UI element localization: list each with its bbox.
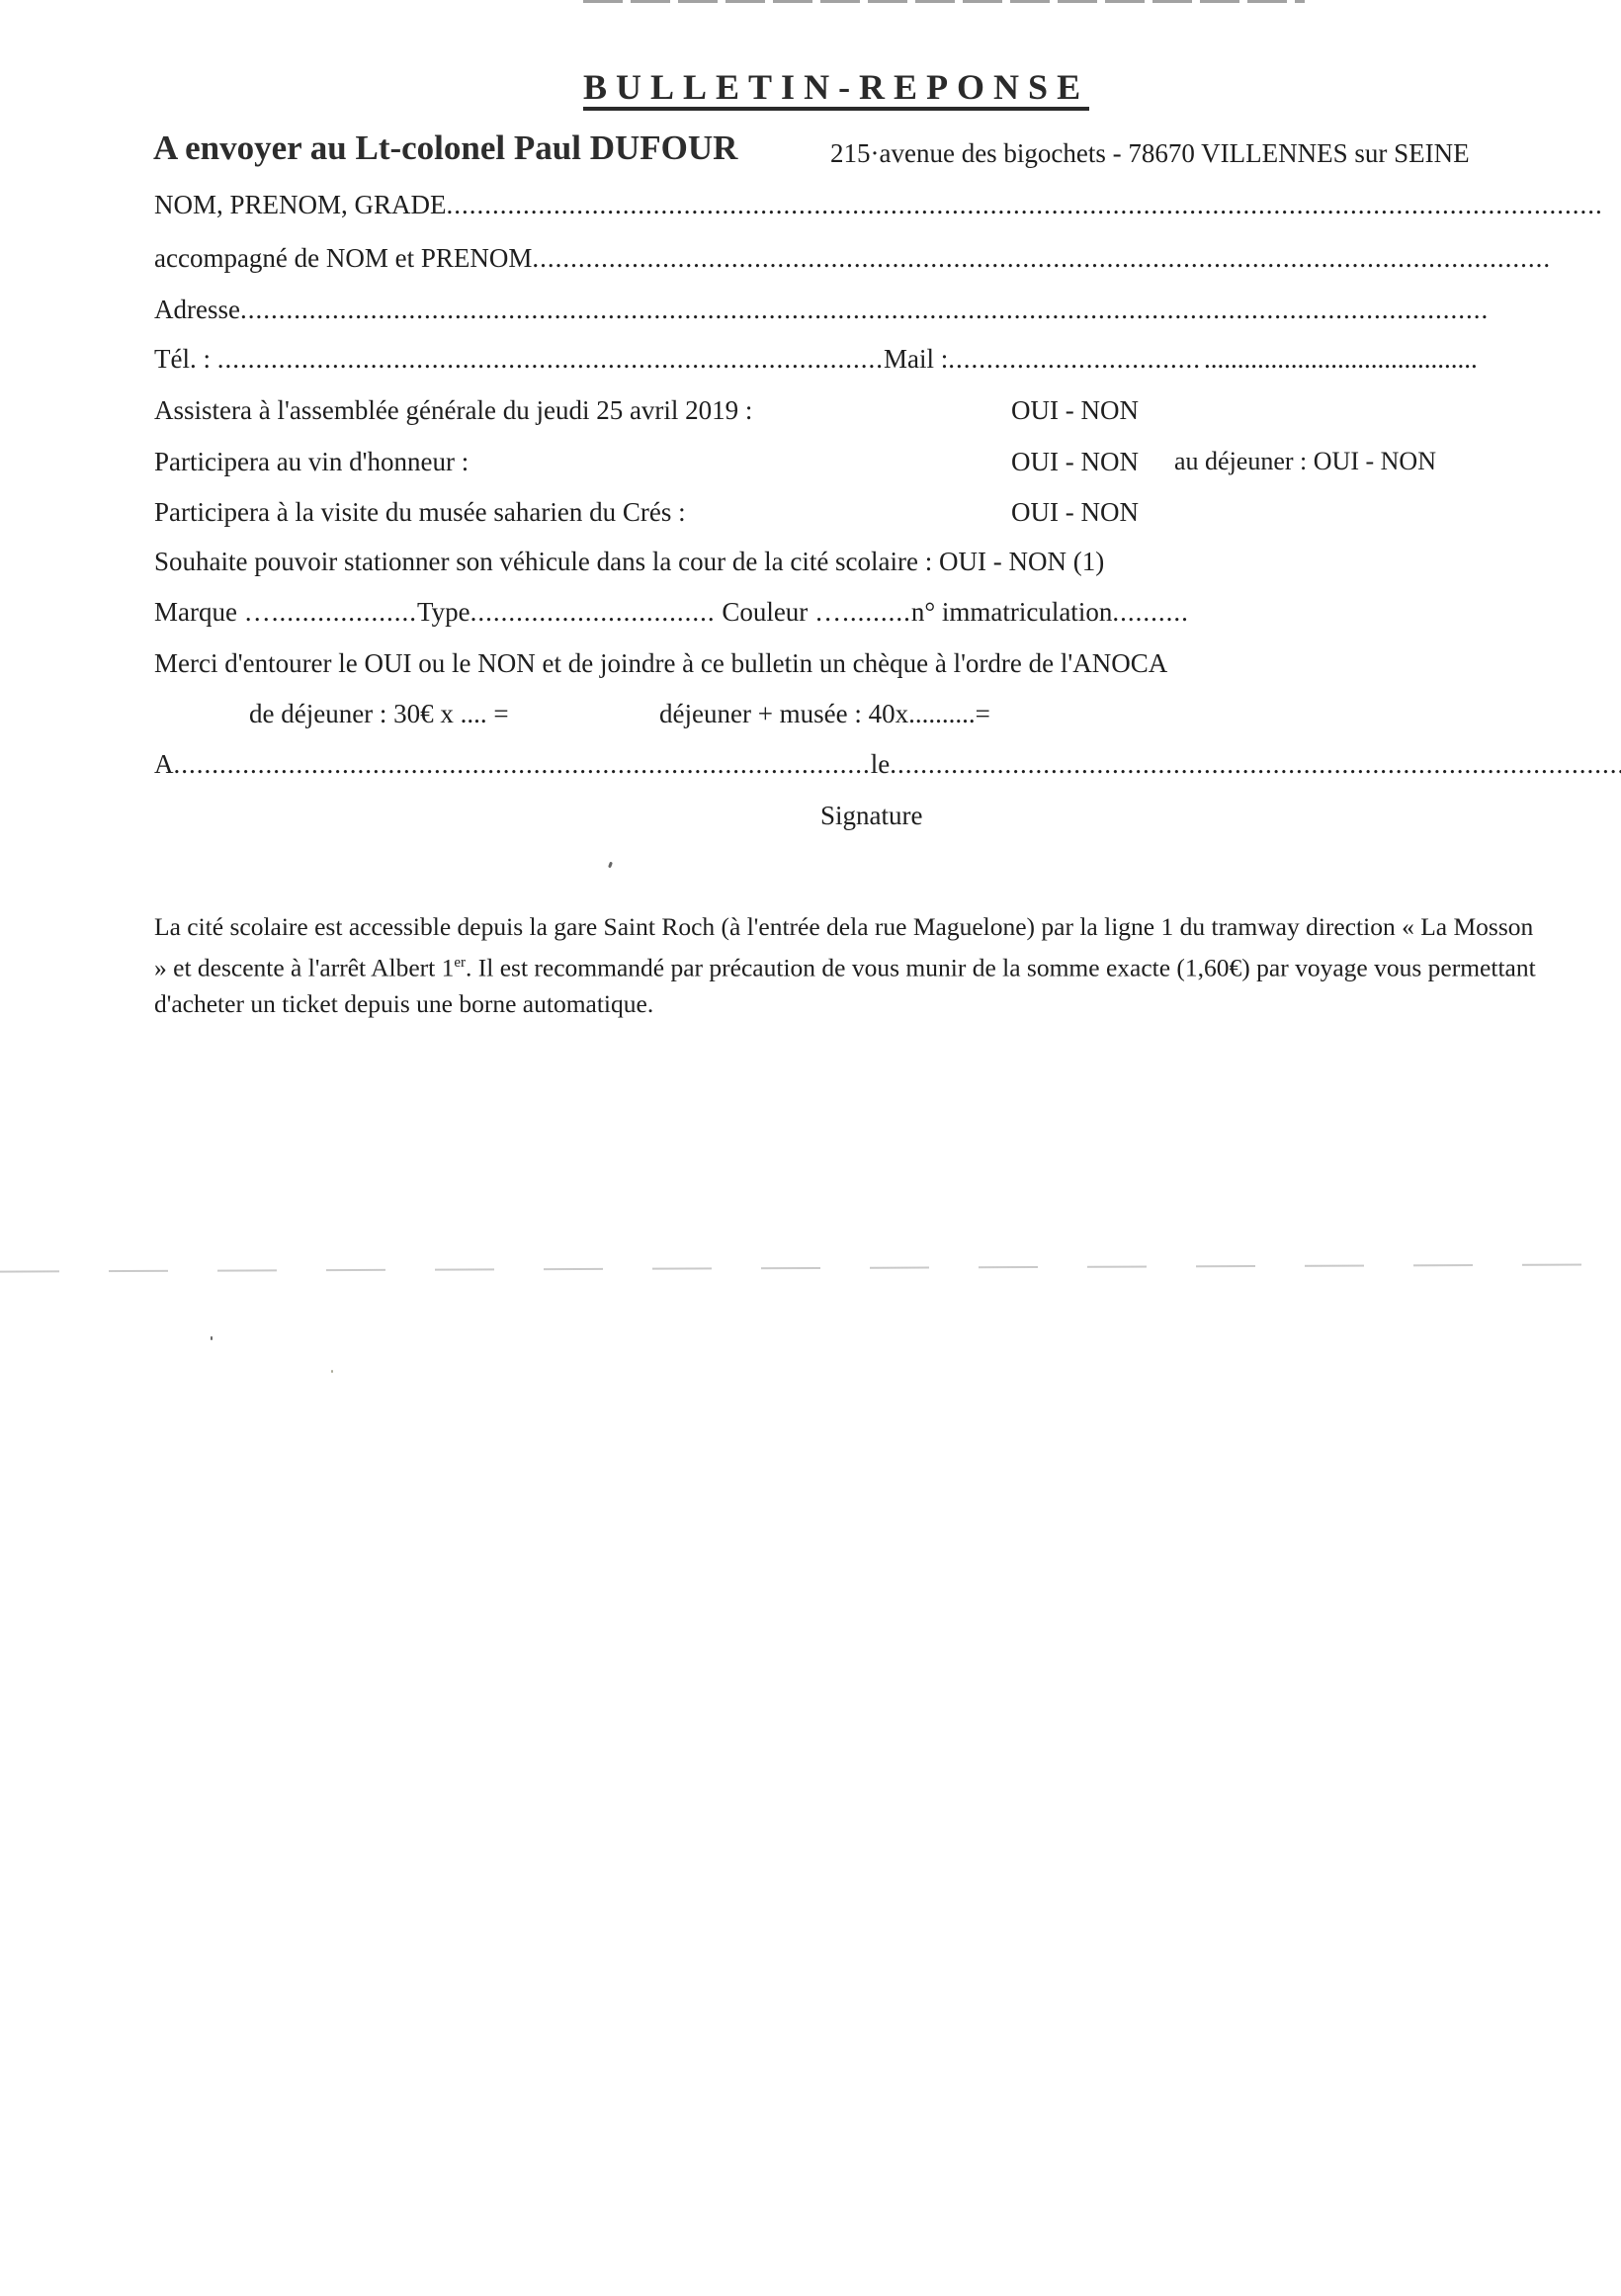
field-tel-mail[interactable]: Tél. : .................................… bbox=[154, 344, 1201, 375]
question-reception-label: Participera au vin d'honneur : bbox=[154, 447, 469, 477]
vehicle-make-blank[interactable]: …................... bbox=[244, 597, 417, 627]
form-page: BULLETIN-REPONSE A envoyer au Lt-colonel… bbox=[0, 0, 1621, 2296]
question-lunch-answer[interactable]: au déjeuner : OUI - NON bbox=[1174, 447, 1436, 476]
field-name-blank[interactable]: ........................................… bbox=[447, 190, 1603, 219]
recipient-address: 215·avenue des bigochets - 78670 VILLENN… bbox=[830, 138, 1470, 169]
vehicle-plate-label: n° immatriculation bbox=[911, 597, 1113, 627]
place-blank[interactable]: ........................................… bbox=[174, 749, 871, 779]
field-companion-label: accompagné de NOM et PRENOM bbox=[154, 243, 532, 273]
scan-speck bbox=[331, 1370, 333, 1373]
field-address-blank[interactable]: ........................................… bbox=[240, 295, 1489, 324]
field-address-label: Adresse bbox=[154, 295, 240, 324]
field-tel-blank[interactable]: ........................................… bbox=[217, 344, 884, 374]
question-assembly-answer[interactable]: OUI - NON bbox=[1011, 395, 1139, 426]
place-date-line[interactable]: A.......................................… bbox=[154, 749, 1621, 780]
field-name[interactable]: NOM, PRENOM, GRADE......................… bbox=[154, 190, 1603, 220]
place-label: A bbox=[154, 749, 174, 779]
access-info-paragraph: La cité scolaire est accessible depuis l… bbox=[154, 909, 1538, 1022]
signature-label: Signature bbox=[820, 801, 922, 831]
field-companion-blank[interactable]: ........................................… bbox=[532, 243, 1551, 273]
question-assembly-label: Assistera à l'assemblée générale du jeud… bbox=[154, 395, 752, 426]
scan-artifact-top bbox=[583, 0, 1305, 3]
vehicle-make-label: Marque bbox=[154, 597, 244, 627]
vehicle-color-label: Couleur bbox=[716, 597, 815, 627]
date-label: le bbox=[871, 749, 891, 779]
recipient-heading: A envoyer au Lt-colonel Paul DUFOUR bbox=[153, 128, 737, 168]
vehicle-fields[interactable]: Marque …...................Type.........… bbox=[154, 597, 1189, 628]
ink-speck bbox=[608, 862, 613, 869]
question-reception-answer[interactable]: OUI - NON bbox=[1011, 447, 1139, 477]
scan-speck bbox=[211, 1336, 213, 1340]
field-mail-blank-2[interactable]: ........................................… bbox=[1204, 344, 1478, 375]
question-museum-answer[interactable]: OUI - NON bbox=[1011, 497, 1139, 528]
date-blank[interactable]: ........................................… bbox=[890, 749, 1621, 779]
access-info-superscript: er bbox=[454, 955, 466, 971]
price-lunch-museum[interactable]: déjeuner + musée : 40x..........= bbox=[659, 699, 990, 729]
question-parking[interactable]: Souhaite pouvoir stationner son véhicule… bbox=[154, 547, 1104, 577]
question-museum-label: Participera à la visite du musée saharie… bbox=[154, 497, 686, 528]
field-mail-label: Mail : bbox=[884, 344, 948, 374]
vehicle-type-blank[interactable]: ................................ bbox=[470, 597, 716, 627]
field-tel-label: Tél. : bbox=[154, 344, 217, 374]
document-title: BULLETIN-REPONSE bbox=[583, 67, 1089, 111]
instructions-text: Merci d'entourer le OUI ou le NON et de … bbox=[154, 648, 1167, 679]
field-address[interactable]: Adresse.................................… bbox=[154, 295, 1489, 325]
price-lunch[interactable]: de déjeuner : 30€ x .... = bbox=[249, 699, 509, 729]
field-mail-blank[interactable]: ................................. bbox=[948, 344, 1201, 374]
vehicle-type-label: Type bbox=[417, 597, 470, 627]
field-name-label: NOM, PRENOM, GRADE bbox=[154, 190, 447, 219]
scan-artifact-fold-line bbox=[0, 1263, 1621, 1272]
vehicle-color-blank[interactable]: …......... bbox=[814, 597, 911, 627]
vehicle-plate-blank[interactable]: .......... bbox=[1112, 597, 1189, 627]
field-companion[interactable]: accompagné de NOM et PRENOM.............… bbox=[154, 243, 1551, 274]
